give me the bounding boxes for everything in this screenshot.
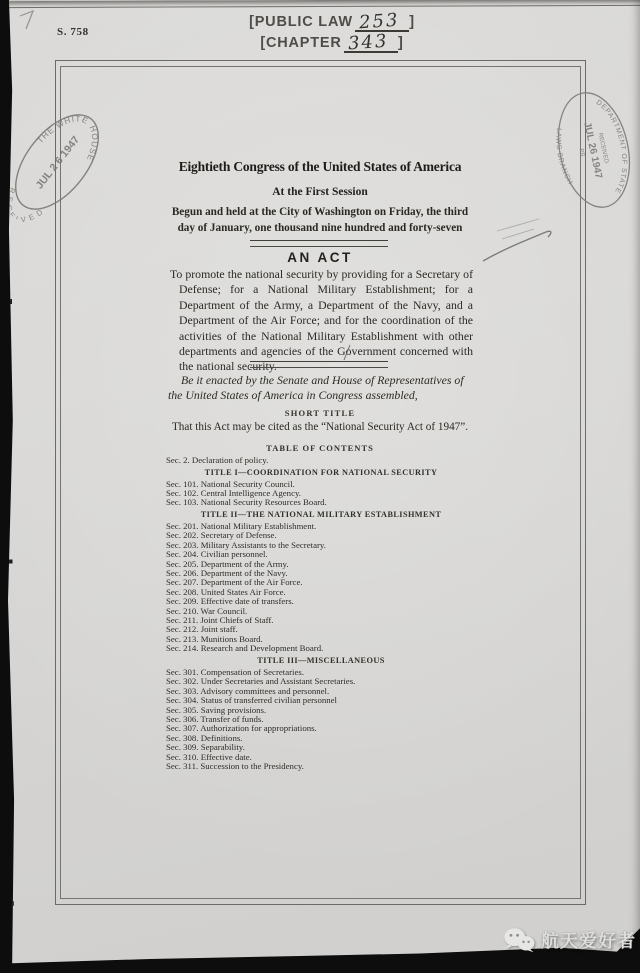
chapter-number-slot: 343 bbox=[344, 34, 398, 53]
chapter-line: [CHAPTER343] bbox=[232, 33, 432, 54]
convening-line2: day of January, one thousand nine hundre… bbox=[0, 221, 640, 237]
public-law-chapter-stamp: [PUBLIC LAW253] [CHAPTER343] bbox=[232, 12, 432, 54]
act-preamble: To promote the national security by prov… bbox=[170, 267, 473, 375]
toc-heading: TABLE OF CONTENTS bbox=[0, 443, 640, 453]
table-of-contents: Sec. 2. Declaration of policy.TITLE I—CO… bbox=[166, 456, 476, 771]
watermark: 航天爱好者 bbox=[502, 925, 636, 955]
chapter-number-handwritten: 343 bbox=[347, 34, 388, 52]
congress-heading: Eightieth Congress of the United States … bbox=[0, 159, 640, 175]
divider-rule-bottom bbox=[250, 361, 388, 368]
public-law-close-bracket: ] bbox=[409, 14, 415, 30]
short-title-text: That this Act may be cited as the “Natio… bbox=[0, 421, 640, 433]
public-law-prefix: [PUBLIC LAW bbox=[249, 14, 353, 30]
chapter-prefix: [CHAPTER bbox=[260, 35, 341, 51]
public-law-number-handwritten: 253 bbox=[359, 13, 400, 31]
public-law-number-slot: 253 bbox=[355, 13, 409, 32]
wechat-eye bbox=[510, 934, 513, 937]
convening-line1: Begun and held at the City of Washington… bbox=[0, 205, 640, 221]
bill-number: S. 758 bbox=[57, 26, 89, 38]
act-heading: AN ACT bbox=[0, 250, 640, 265]
wechat-eye bbox=[522, 941, 524, 943]
toc-entry: Sec. 2. Declaration of policy. bbox=[166, 456, 476, 465]
convening-statement: Begun and held at the City of Washington… bbox=[0, 205, 640, 236]
pen-corner-mark bbox=[20, 11, 33, 29]
wechat-eye bbox=[527, 941, 529, 943]
toc-entry: Sec. 103. National Security Resources Bo… bbox=[166, 498, 476, 507]
watermark-label: 航天爱好者 bbox=[541, 927, 636, 953]
toc-title-heading: TITLE I—COORDINATION FOR NATIONAL SECURI… bbox=[166, 468, 476, 477]
document-page: S. 758 [PUBLIC LAW253] [CHAPTER343] THE … bbox=[0, 0, 640, 973]
session-heading: At the First Session bbox=[0, 186, 640, 198]
stamp-initials-text: PB bbox=[578, 148, 586, 157]
chapter-close-bracket: ] bbox=[398, 35, 404, 51]
scanned-document-scene: S. 758 [PUBLIC LAW253] [CHAPTER343] THE … bbox=[0, 0, 640, 973]
toc-entry: Sec. 214. Research and Development Board… bbox=[166, 644, 476, 653]
toc-entry: Sec. 311. Succession to the Presidency. bbox=[166, 762, 476, 771]
wechat-eye bbox=[516, 934, 519, 937]
page-top-edge bbox=[0, 0, 640, 8]
toc-title-heading: TITLE II—THE NATIONAL MILITARY ESTABLISH… bbox=[166, 510, 476, 519]
short-title-heading: SHORT TITLE bbox=[0, 408, 640, 418]
public-law-line: [PUBLIC LAW253] bbox=[232, 12, 432, 33]
enacting-clause: Be it enacted by the Senate and House of… bbox=[168, 373, 468, 403]
wechat-bubble-small bbox=[518, 936, 535, 950]
toc-title-heading: TITLE III—MISCELLANEOUS bbox=[166, 656, 476, 665]
wechat-icon bbox=[502, 925, 536, 955]
paper-specks bbox=[2, 0, 5, 3]
divider-rule-top bbox=[250, 240, 388, 247]
